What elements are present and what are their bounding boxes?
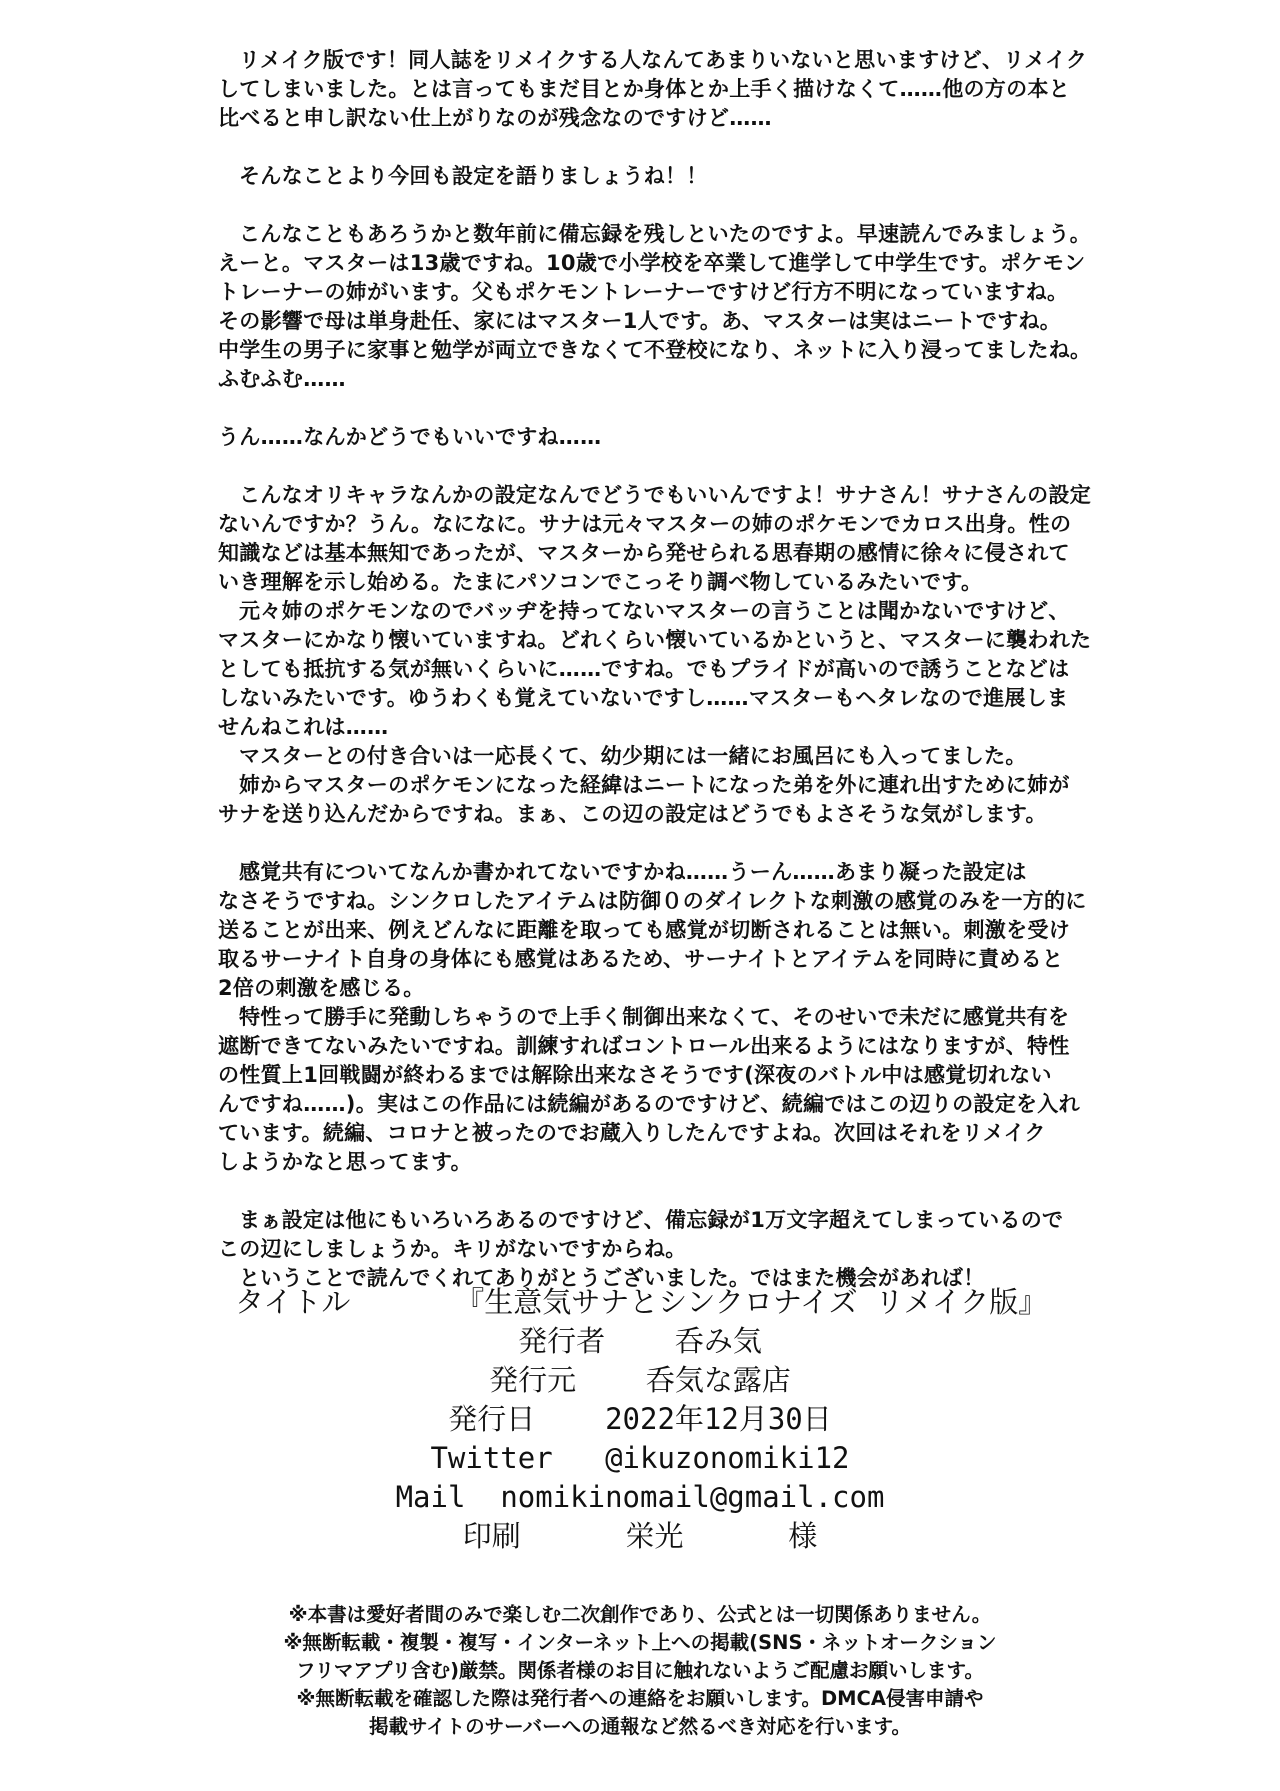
afterword-line: 中学生の男子に家事と勉学が両立できなくて不登校になり、ネットに入り浸ってましたね… xyxy=(218,336,1138,365)
afterword-line: リメイク版です！同人誌をリメイクする人なんてあまりいないと思いますけど、リメイク xyxy=(218,46,1138,75)
afterword-line: 特性って勝手に発動しちゃうので上手く制御出来なくて、そのせいで未だに感覚共有を xyxy=(218,1003,1138,1032)
notice-line: フリマアプリ含む)厳禁。関係者様のお目に触れないようご配慮お願いします。 xyxy=(0,1657,1280,1685)
afterword-line: ています。続編、コロナと被ったのでお蔵入りしたんですよね。次回はそれをリメイク xyxy=(218,1119,1138,1148)
paragraph-spacer xyxy=(218,452,1138,481)
colophon-mail-row: Mail nomikinomail@gmail.com xyxy=(0,1478,1280,1517)
afterword-line: まぁ設定は他にもいろいろあるのですけど、備忘録が1万文字超えてしまっているので xyxy=(218,1206,1138,1235)
twitter-label: Twitter xyxy=(430,1439,552,1478)
afterword-line: 取るサーナイト自身の身体にも感覚はあるため、サーナイトとアイテムを同時に責めると xyxy=(218,945,1138,974)
publisher-label: 発行者 xyxy=(518,1322,605,1361)
printer-label: 印刷 xyxy=(463,1517,521,1556)
date-label: 発行日 xyxy=(448,1400,535,1439)
afterword-line: 姉からマスターのポケモンになった経緯はニートになった弟を外に連れ出すために姉が xyxy=(218,771,1138,800)
notice-line: ※無断転載・複製・複写・インターネット上への掲載(SNS・ネットオークション xyxy=(0,1629,1280,1657)
afterword-line: その影響で母は単身赴任、家にはマスター1人です。あ、マスターは実はニートですね。 xyxy=(218,307,1138,336)
afterword-line: いき理解を示し始める。たまにパソコンでこっそり調べ物しているみたいです。 xyxy=(218,568,1138,597)
colophon-date-row: 発行日 2022年12月30日 xyxy=(0,1400,1280,1439)
publisher-name: 呑み気 xyxy=(675,1322,762,1361)
afterword-text: リメイク版です！同人誌をリメイクする人なんてあまりいないと思いますけど、リメイク… xyxy=(218,46,1138,1293)
colophon: タイトル 『生意気サナとシンクロナイズ リメイク版』 発行者 呑み気 発行元 呑… xyxy=(0,1283,1280,1556)
printer-name: 栄光 xyxy=(625,1517,683,1556)
afterword-line: しないみたいです。ゆうわくも覚えていないですし……マスターもヘタレなので進展しま xyxy=(218,684,1138,713)
colophon-title-row: タイトル 『生意気サナとシンクロナイズ リメイク版』 xyxy=(0,1283,1280,1322)
afterword-line: 送ることが出来、例えどんなに距離を取っても感覚が切断されることは無い。刺激を受け xyxy=(218,916,1138,945)
afterword-line: マスターとの付き合いは一応長くて、幼少期には一緒にお風呂にも入ってました。 xyxy=(218,742,1138,771)
afterword-line: こんなこともあろうかと数年前に備忘録を残しといたのですよ。早速読んでみましょう。 xyxy=(218,220,1138,249)
mail-label: Mail xyxy=(396,1478,466,1517)
afterword-line: マスターにかなり懐いていますね。どれくらい懐いているかというと、マスターに襲われ… xyxy=(218,626,1138,655)
afterword-line: としても抵抗する気が無いくらいに……ですね。でもプライドが高いので誘うことなどは xyxy=(218,655,1138,684)
paragraph-spacer xyxy=(218,1177,1138,1206)
afterword-line: うん……なんかどうでもいいですね…… xyxy=(218,423,1138,452)
afterword-line: 2倍の刺激を感じる。 xyxy=(218,974,1138,1003)
afterword-line: 遮断できてないみたいですね。訓練すればコントロール出来るようにはなりますが、特性 xyxy=(218,1032,1138,1061)
afterword-line: 知識などは基本無知であったが、マスターから発せられる思春期の感情に徐々に侵されて xyxy=(218,539,1138,568)
paragraph-spacer xyxy=(218,133,1138,162)
afterword-line: しようかなと思ってます。 xyxy=(218,1148,1138,1177)
afterword-line: そんなことより今回も設定を語りましょうね！！ xyxy=(218,162,1138,191)
colophon-publisher-row: 発行者 呑み気 xyxy=(0,1322,1280,1361)
afterword-line: 感覚共有についてなんか書かれてないですかね……うーん……あまり凝った設定は xyxy=(218,858,1138,887)
afterword-line: んですね……)。実はこの作品には続編があるのですけど、続編ではこの辺りの設定を入… xyxy=(218,1090,1138,1119)
printer-honorific: 様 xyxy=(788,1517,817,1556)
paragraph-spacer xyxy=(218,191,1138,220)
copyright-notices: ※本書は愛好者間のみで楽しむ二次創作であり、公式とは一切関係ありません。 ※無断… xyxy=(0,1601,1280,1741)
title-label: タイトル xyxy=(235,1283,350,1322)
afterword-line: サナを送り込んだからですね。まぁ、この辺の設定はどうでもよさそうな気がします。 xyxy=(218,800,1138,829)
book-title: 『生意気サナとシンクロナイズ リメイク版』 xyxy=(455,1283,1047,1322)
afterword-line: 比べると申し訳ない仕上がりなのが残念なのですけど…… xyxy=(218,104,1138,133)
colophon-twitter-row: Twitter @ikuzonomiki12 xyxy=(0,1439,1280,1478)
afterword-line: 元々姉のポケモンなのでバッヂを持ってないマスターの言うことは聞かないですけど、 xyxy=(218,597,1138,626)
afterword-line: してしまいました。とは言ってもまだ目とか身体とか上手く描けなくて……他の方の本と xyxy=(218,75,1138,104)
colophon-circle-row: 発行元 呑気な露店 xyxy=(0,1361,1280,1400)
notice-line: 掲載サイトのサーバーへの通報など然るべき対応を行います。 xyxy=(0,1713,1280,1741)
paragraph-spacer xyxy=(218,394,1138,423)
document-page: リメイク版です！同人誌をリメイクする人なんてあまりいないと思いますけど、リメイク… xyxy=(0,0,1280,1791)
twitter-handle[interactable]: @ikuzonomiki12 xyxy=(605,1439,849,1478)
afterword-line: えーと。マスターは13歳ですね。10歳で小学校を卒業して進学して中学生です。ポケ… xyxy=(218,249,1138,278)
publish-date: 2022年12月30日 xyxy=(605,1400,832,1439)
afterword-line: せんねこれは…… xyxy=(218,713,1138,742)
mail-address[interactable]: nomikinomail@gmail.com xyxy=(500,1478,884,1517)
paragraph-spacer xyxy=(218,829,1138,858)
afterword-line: こんなオリキャラなんかの設定なんでどうでもいいんですよ！サナさん！サナさんの設定 xyxy=(218,481,1138,510)
circle-name: 呑気な露店 xyxy=(646,1361,791,1400)
afterword-line: の性質上1回戦闘が終わるまでは解除出来なさそうです(深夜のバトル中は感覚切れない xyxy=(218,1061,1138,1090)
afterword-line: ふむふむ…… xyxy=(218,365,1138,394)
circle-label: 発行元 xyxy=(489,1361,576,1400)
colophon-printer-row: 印刷 栄光 様 xyxy=(0,1517,1280,1556)
afterword-line: この辺にしましょうか。キリがないですからね。 xyxy=(218,1235,1138,1264)
notice-line: ※本書は愛好者間のみで楽しむ二次創作であり、公式とは一切関係ありません。 xyxy=(0,1601,1280,1629)
afterword-line: トレーナーの姉がいます。父もポケモントレーナーですけど行方不明になっていますね。 xyxy=(218,278,1138,307)
afterword-line: なさそうですね。シンクロしたアイテムは防御０のダイレクトな刺激の感覚のみを一方的… xyxy=(218,887,1138,916)
notice-line: ※無断転載を確認した際は発行者への連絡をお願いします。DMCA侵害申請や xyxy=(0,1685,1280,1713)
afterword-line: ないんですか？うん。なになに。サナは元々マスターの姉のポケモンでカロス出身。性の xyxy=(218,510,1138,539)
